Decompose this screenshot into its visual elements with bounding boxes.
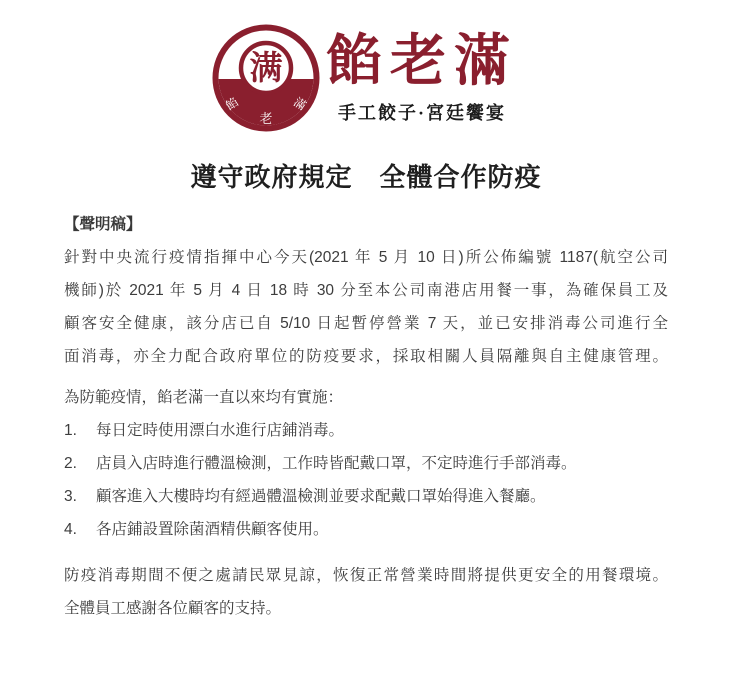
measure-item: 3. 顧客進入大樓時均有經過體溫檢測並要求配戴口罩始得進入餐廳。 [64,480,668,513]
closing-line: 防疫消毒期間不便之處請民眾見諒，恢復正常營業時間將提供更安全的用餐環境。 [64,559,668,592]
brand-seal-icon: 满 餡 老 滿 [212,24,320,132]
measure-number: 4. [64,513,96,546]
paragraph-line: 針對中央流行疫情指揮中心今天(2021 年 5 月 10 日)所公佈編號 118… [64,241,668,274]
statement-paragraph: 針對中央流行疫情指揮中心今天(2021 年 5 月 10 日)所公佈編號 118… [64,241,668,373]
measures-list: 1. 每日定時使用漂白水進行店鋪消毒。 2. 店員入店時進行體溫檢測，工作時皆配… [64,414,668,546]
seal-bottom-center-character: 老 [259,111,272,126]
closing-paragraph: 防疫消毒期間不便之處請民眾見諒，恢復正常營業時間將提供更安全的用餐環境。 全體員… [64,559,668,625]
brand-tagline: 手工餃子·宮廷饗宴 [338,99,506,125]
measure-item: 4. 各店鋪設置除菌酒精供顧客使用。 [64,513,668,546]
seal-center-character: 满 [250,50,283,87]
measure-item: 1. 每日定時使用漂白水進行店鋪消毒。 [64,414,668,447]
statement-body: 遵守政府規定 全體合作防疫 【聲明稿】 針對中央流行疫情指揮中心今天(2021 … [0,159,730,625]
statement-page: 满 餡 老 滿 餡老滿 手工餃子·宮廷饗宴 遵守政府規定 全體合作防疫 【聲明稿… [0,0,730,685]
closing-line: 全體員工感謝各位顧客的支持。 [64,592,668,625]
measure-number: 1. [64,414,96,447]
brand-wordmark-block: 餡老滿 手工餃子·宮廷饗宴 [326,24,518,125]
measures-intro: 為防範疫情，餡老滿一直以來均有實施： [64,381,668,414]
brand-wordmark: 餡老滿 [326,34,518,90]
measure-number: 2. [64,447,96,480]
seal-svg: 满 餡 老 滿 [212,24,320,132]
paragraph-line: 面消毒，亦全力配合政府單位的防疫要求，採取相關人員隔離與自主健康管理。 [64,340,668,373]
brand-logo: 满 餡 老 滿 餡老滿 手工餃子·宮廷饗宴 [0,0,730,132]
measure-text: 各店鋪設置除菌酒精供顧客使用。 [96,513,329,546]
statement-label: 【聲明稿】 [64,208,668,241]
measure-text: 店員入店時進行體溫檢測，工作時皆配戴口罩，不定時進行手部消毒。 [96,447,577,480]
measure-text: 顧客進入大樓時均有經過體溫檢測並要求配戴口罩始得進入餐廳。 [96,480,546,513]
measure-text: 每日定時使用漂白水進行店鋪消毒。 [96,414,344,447]
measure-number: 3. [64,480,96,513]
paragraph-line: 顧客安全健康，該分店已自 5/10 日起暫停營業 7 天，並已安排消毒公司進行全 [64,307,668,340]
measure-item: 2. 店員入店時進行體溫檢測，工作時皆配戴口罩，不定時進行手部消毒。 [64,447,668,480]
paragraph-line: 機師)於 2021 年 5 月 4 日 18 時 30 分至本公司南港店用餐一事… [64,274,668,307]
statement-title: 遵守政府規定 全體合作防疫 [64,159,668,195]
